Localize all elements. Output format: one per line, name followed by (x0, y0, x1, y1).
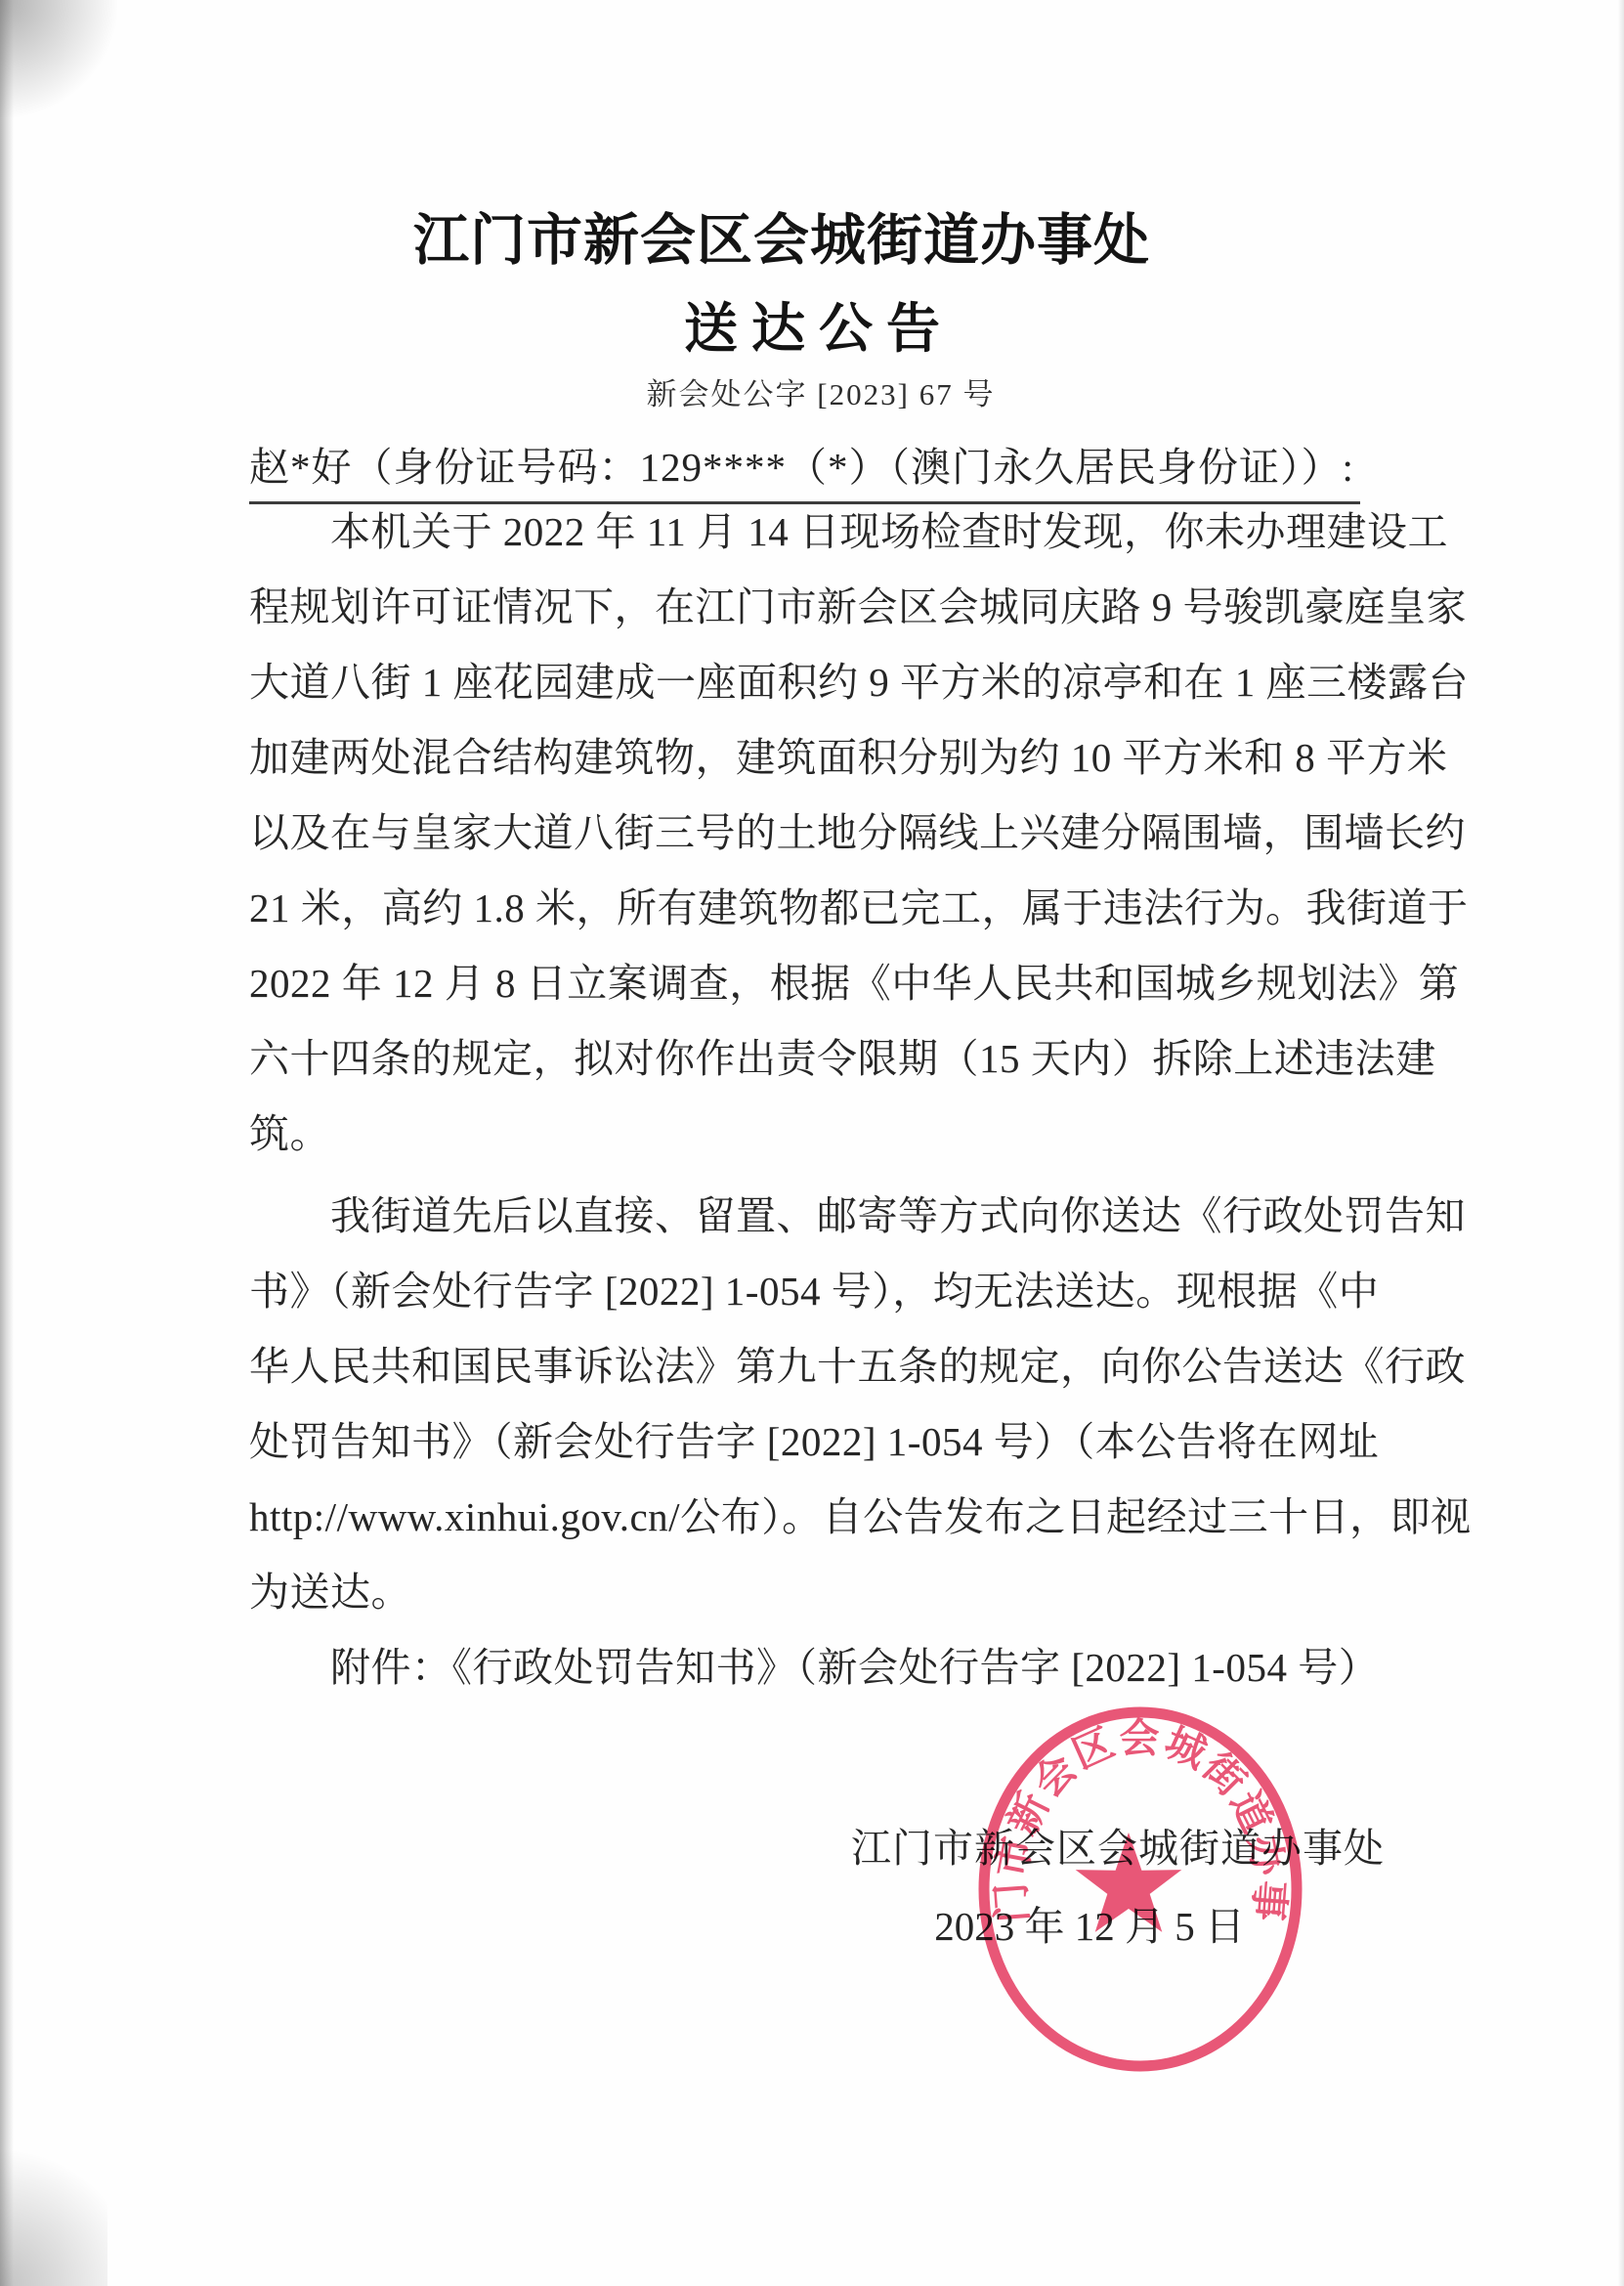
body-line: 21 米，高约 1.8 米，所有建筑物都已完工，属于违法行为。我街道于 (249, 871, 1371, 946)
body-line: 六十四条的规定，拟对你作出责令限期（15 天内）拆除上述违法建 (249, 1021, 1371, 1097)
document-title: 江门市新会区会城街道办事处 (0, 195, 1563, 276)
scan-corner-shadow-bottom-left (0, 2130, 107, 2286)
body-line: 2022 年 12 月 8 日立案调查，根据《中华人民共和国城乡规划法》第 (249, 946, 1371, 1021)
body-line: 以及在与皇家大道八街三号的土地分隔线上兴建分隔围墙，围墙长约 (249, 796, 1371, 871)
document-body: 本机关于 2022 年 11 月 14 日现场检查时发现，你未办理建设工程规划许… (249, 495, 1371, 1705)
attachment-line: 附件：《行政处罚告知书》（新会处行告字 [2022] 1-054 号） (249, 1630, 1371, 1705)
attachment-paragraph: 附件：《行政处罚告知书》（新会处行告字 [2022] 1-054 号） (249, 1630, 1371, 1705)
body-line: 程规划许可证情况下，在江门市新会区会城同庆路 9 号骏凯豪庭皇家 (249, 570, 1371, 645)
body-line: 大道八街 1 座花园建成一座面积约 9 平方米的凉亭和在 1 座三楼露台 (249, 645, 1371, 720)
body-line: 加建两处混合结构建筑物，建筑面积分别为约 10 平方米和 8 平方米 (249, 720, 1371, 796)
official-seal-stamp: 江门市新会区会城街道办事处 (971, 1699, 1309, 2080)
notice-document-page: 江门市新会区会城街道办事处 送达公告 新会处公字 [2023] 67 号 赵*好… (0, 0, 1624, 2286)
body-line: 本机关于 2022 年 11 月 14 日现场检查时发现，你未办理建设工 (249, 495, 1371, 570)
body-line: 华人民共和国民事诉讼法》第九十五条的规定，向你公告送达《行政 (249, 1329, 1371, 1404)
star-icon (1076, 1833, 1182, 1932)
body-line: 我街道先后以直接、留置、邮寄等方式向你送达《行政处罚告知 (249, 1179, 1371, 1254)
paragraph-1: 本机关于 2022 年 11 月 14 日现场检查时发现，你未办理建设工程规划许… (249, 495, 1371, 1172)
body-line: 为送达。 (249, 1555, 1371, 1630)
paragraph-2: 我街道先后以直接、留置、邮寄等方式向你送达《行政处罚告知书》（新会处行告字 [2… (249, 1179, 1371, 1630)
body-line: 处罚告知书》（新会处行告字 [2022] 1-054 号）（本公告将在网址 (249, 1404, 1371, 1480)
scan-corner-shadow-top-left (0, 0, 117, 117)
body-line: 筑。 (249, 1097, 1371, 1172)
document-subtitle: 送达公告 (0, 285, 1624, 363)
document-number: 新会处公字 [2023] 67 号 (0, 369, 1624, 413)
body-line: 书》（新会处行告字 [2022] 1-054 号），均无法送达。现根据《中 (249, 1254, 1371, 1329)
body-line: http://www.xinhui.gov.cn/公布）。自公告发布之日起经过三… (249, 1480, 1371, 1555)
